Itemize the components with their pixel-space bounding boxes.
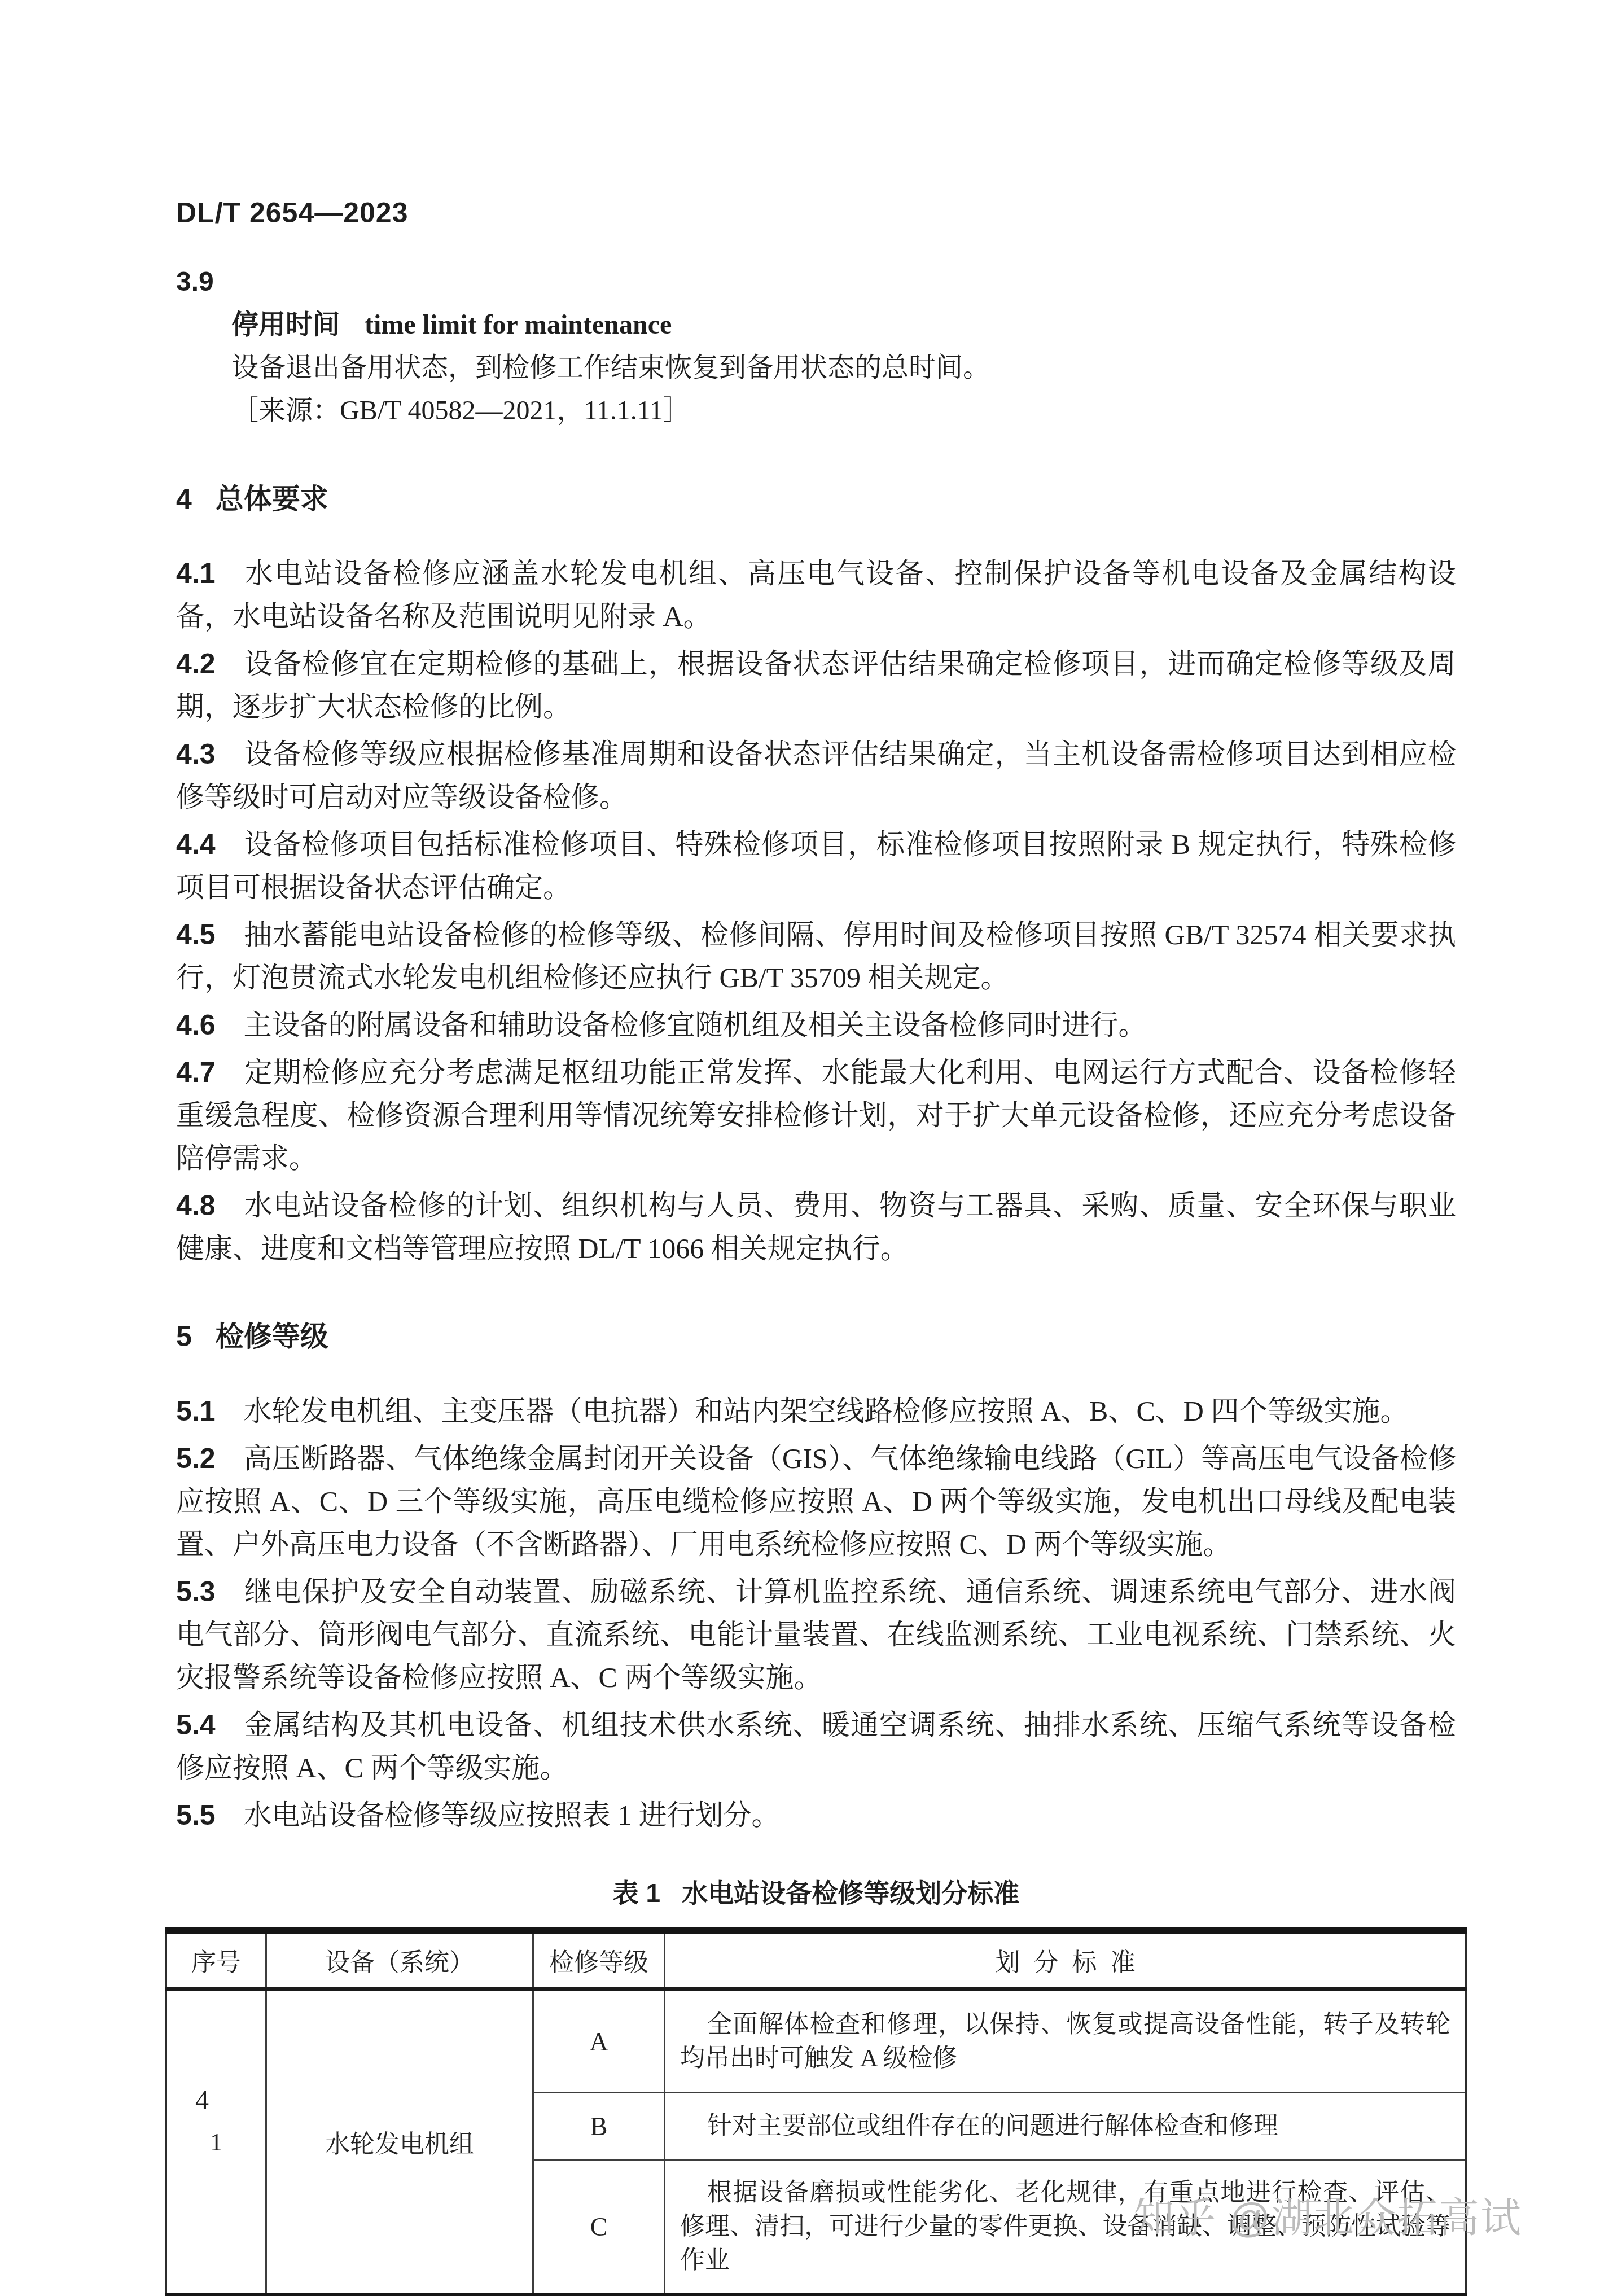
clause-number: 4.2 [176, 648, 216, 680]
clause-text: 水电站设备检修应涵盖水轮发电机组、高压电气设备、控制保护设备等机电设备及金属结构… [176, 558, 1456, 632]
clause-paragraph: 4.1水电站设备检修应涵盖水轮发电机组、高压电气设备、控制保护设备等机电设备及金… [176, 552, 1456, 638]
clause-text: 水电站设备检修的计划、组织机构与人员、费用、物资与工器具、采购、质量、安全环保与… [176, 1190, 1456, 1264]
page-number: 4 [195, 2084, 209, 2118]
clause-number: 4.5 [176, 919, 216, 950]
clause-number: 5.5 [176, 1799, 216, 1831]
clause-number: 4.8 [176, 1190, 216, 1221]
clause-number: 4.6 [176, 1009, 216, 1041]
clause-paragraph: 4.6主设备的附属设备和辅助设备检修宜随机组及相关主设备检修同时进行。 [176, 1004, 1456, 1046]
clause-paragraph: 4.2设备检修宜在定期检修的基础上，根据设备状态评估结果确定检修项目，进而确定检… [176, 642, 1456, 728]
clause-text: 继电保护及安全自动装置、励磁系统、计算机监控系统、通信系统、调速系统电气部分、进… [176, 1576, 1456, 1693]
clause-number: 5.2 [176, 1443, 216, 1474]
page-content: DL/T 2654—2023 3.9 停用时间time limit for ma… [176, 0, 1456, 2296]
clause-text: 高压断路器、气体绝缘金属封闭开关设备（GIS）、气体绝缘输电线路（GIL）等高压… [176, 1443, 1456, 1560]
table-row: 1 水轮发电机组 A 全面解体检查和修理，以保持、恢复或提高设备性能，转子及转轮… [166, 1989, 1466, 2093]
clause-text: 金属结构及其机电设备、机组技术供水系统、暖通空调系统、抽排水系统、压缩气系统等设… [176, 1709, 1456, 1784]
clause-paragraph: 4.7定期检修应充分考虑满足枢纽功能正常发挥、水能最大化利用、电网运行方式配合、… [176, 1051, 1456, 1180]
table-caption: 表 1水电站设备检修等级划分标准 [176, 1873, 1456, 1910]
col-header-grade: 检修等级 [533, 1930, 665, 1989]
clause-number: 4.1 [176, 558, 216, 589]
section-heading-5: 5检修等级 [176, 1315, 1456, 1358]
clause-number: 4.3 [176, 738, 216, 770]
zhihu-watermark: 知乎 @湖北众拓高试 [1133, 2196, 1522, 2241]
cell-grade-a: A [533, 1989, 665, 2093]
clause-number: 4.7 [176, 1057, 216, 1088]
table-caption-label: 表 1 [613, 1878, 660, 1908]
definition-clause-number: 3.9 [176, 261, 1456, 304]
clause-text: 水轮发电机组、主变压器（电抗器）和站内架空线路检修应按照 A、B、C、D 四个等… [244, 1395, 1409, 1427]
clause-paragraph: 4.4设备检修项目包括标准检修项目、特殊检修项目，标准检修项目按照附录 B 规定… [176, 823, 1456, 909]
clause-text: 主设备的附属设备和辅助设备检修宜随机组及相关主设备检修同时进行。 [244, 1009, 1147, 1041]
section-number: 5 [176, 1321, 192, 1352]
cell-grade-c: C [533, 2160, 665, 2296]
clause-paragraph: 4.5抽水蓄能电站设备检修的检修等级、检修间隔、停用时间及检修项目按照 GB/T… [176, 913, 1456, 999]
clause-paragraph: 4.3设备检修等级应根据检修基准周期和设备状态评估结果确定，当主机设备需检修项目… [176, 733, 1456, 818]
section-number: 4 [176, 483, 192, 515]
clause-number: 5.3 [176, 1576, 216, 1607]
definition-term-line: 停用时间time limit for maintenance [176, 304, 1456, 347]
clause-text: 设备检修项目包括标准检修项目、特殊检修项目，标准检修项目按照附录 B 规定执行，… [176, 829, 1456, 903]
section-heading-4: 4总体要求 [176, 477, 1456, 520]
table-caption-title: 水电站设备检修等级划分标准 [682, 1878, 1019, 1908]
clause-paragraph: 5.2高压断路器、气体绝缘金属封闭开关设备（GIS）、气体绝缘输电线路（GIL）… [176, 1437, 1456, 1566]
cell-index: 1 [166, 1989, 266, 2296]
clause-paragraph: 5.5水电站设备检修等级应按照表 1 进行划分。 [176, 1794, 1456, 1837]
cell-criteria-b: 针对主要部位或组件存在的问题进行解体检查和修理 [665, 2093, 1467, 2160]
definition-source-note: ［来源：GB/T 40582—2021，11.1.11］ [176, 389, 1456, 432]
clause-text: 水电站设备检修等级应按照表 1 进行划分。 [244, 1799, 780, 1831]
clause-number: 4.4 [176, 829, 216, 860]
table-header-row: 序号 设备（系统） 检修等级 划分标准 [166, 1930, 1466, 1989]
clause-paragraph: 5.4金属结构及其机电设备、机组技术供水系统、暖通空调系统、抽排水系统、压缩气系… [176, 1703, 1456, 1789]
cell-grade-b: B [533, 2093, 665, 2160]
definition-text: 设备退出备用状态，到检修工作结束恢复到备用状态的总时间。 [176, 347, 1456, 389]
col-header-index: 序号 [166, 1930, 266, 1989]
term-chinese: 停用时间 [231, 310, 340, 340]
section-title: 总体要求 [216, 483, 328, 515]
standard-code-header: DL/T 2654—2023 [176, 196, 1456, 229]
term-english: time limit for maintenance [365, 310, 672, 340]
col-header-criteria: 划分标准 [665, 1930, 1467, 1989]
cell-system: 水轮发电机组 [266, 1989, 533, 2296]
clause-text: 抽水蓄能电站设备检修的检修等级、检修间隔、停用时间及检修项目按照 GB/T 32… [176, 919, 1456, 993]
clause-text: 定期检修应充分考虑满足枢纽功能正常发挥、水能最大化利用、电网运行方式配合、设备检… [176, 1057, 1456, 1174]
clause-paragraph: 5.3继电保护及安全自动装置、励磁系统、计算机监控系统、通信系统、调速系统电气部… [176, 1570, 1456, 1699]
clause-text: 设备检修宜在定期检修的基础上，根据设备状态评估结果确定检修项目，进而确定检修等级… [176, 648, 1456, 722]
clause-number: 5.1 [176, 1395, 216, 1427]
document-page: DL/T 2654—2023 3.9 停用时间time limit for ma… [0, 0, 1622, 2296]
clause-text: 设备检修等级应根据检修基准周期和设备状态评估结果确定，当主机设备需检修项目达到相… [176, 738, 1456, 813]
clause-paragraph: 4.8水电站设备检修的计划、组织机构与人员、费用、物资与工器具、采购、质量、安全… [176, 1184, 1456, 1270]
section-title: 检修等级 [216, 1321, 328, 1352]
clause-number: 5.4 [176, 1709, 216, 1741]
col-header-system: 设备（系统） [266, 1930, 533, 1989]
clause-paragraph: 5.1水轮发电机组、主变压器（电抗器）和站内架空线路检修应按照 A、B、C、D … [176, 1390, 1456, 1432]
cell-criteria-a: 全面解体检查和修理，以保持、恢复或提高设备性能，转子及转轮均吊出时可触发 A 级… [665, 1989, 1467, 2093]
